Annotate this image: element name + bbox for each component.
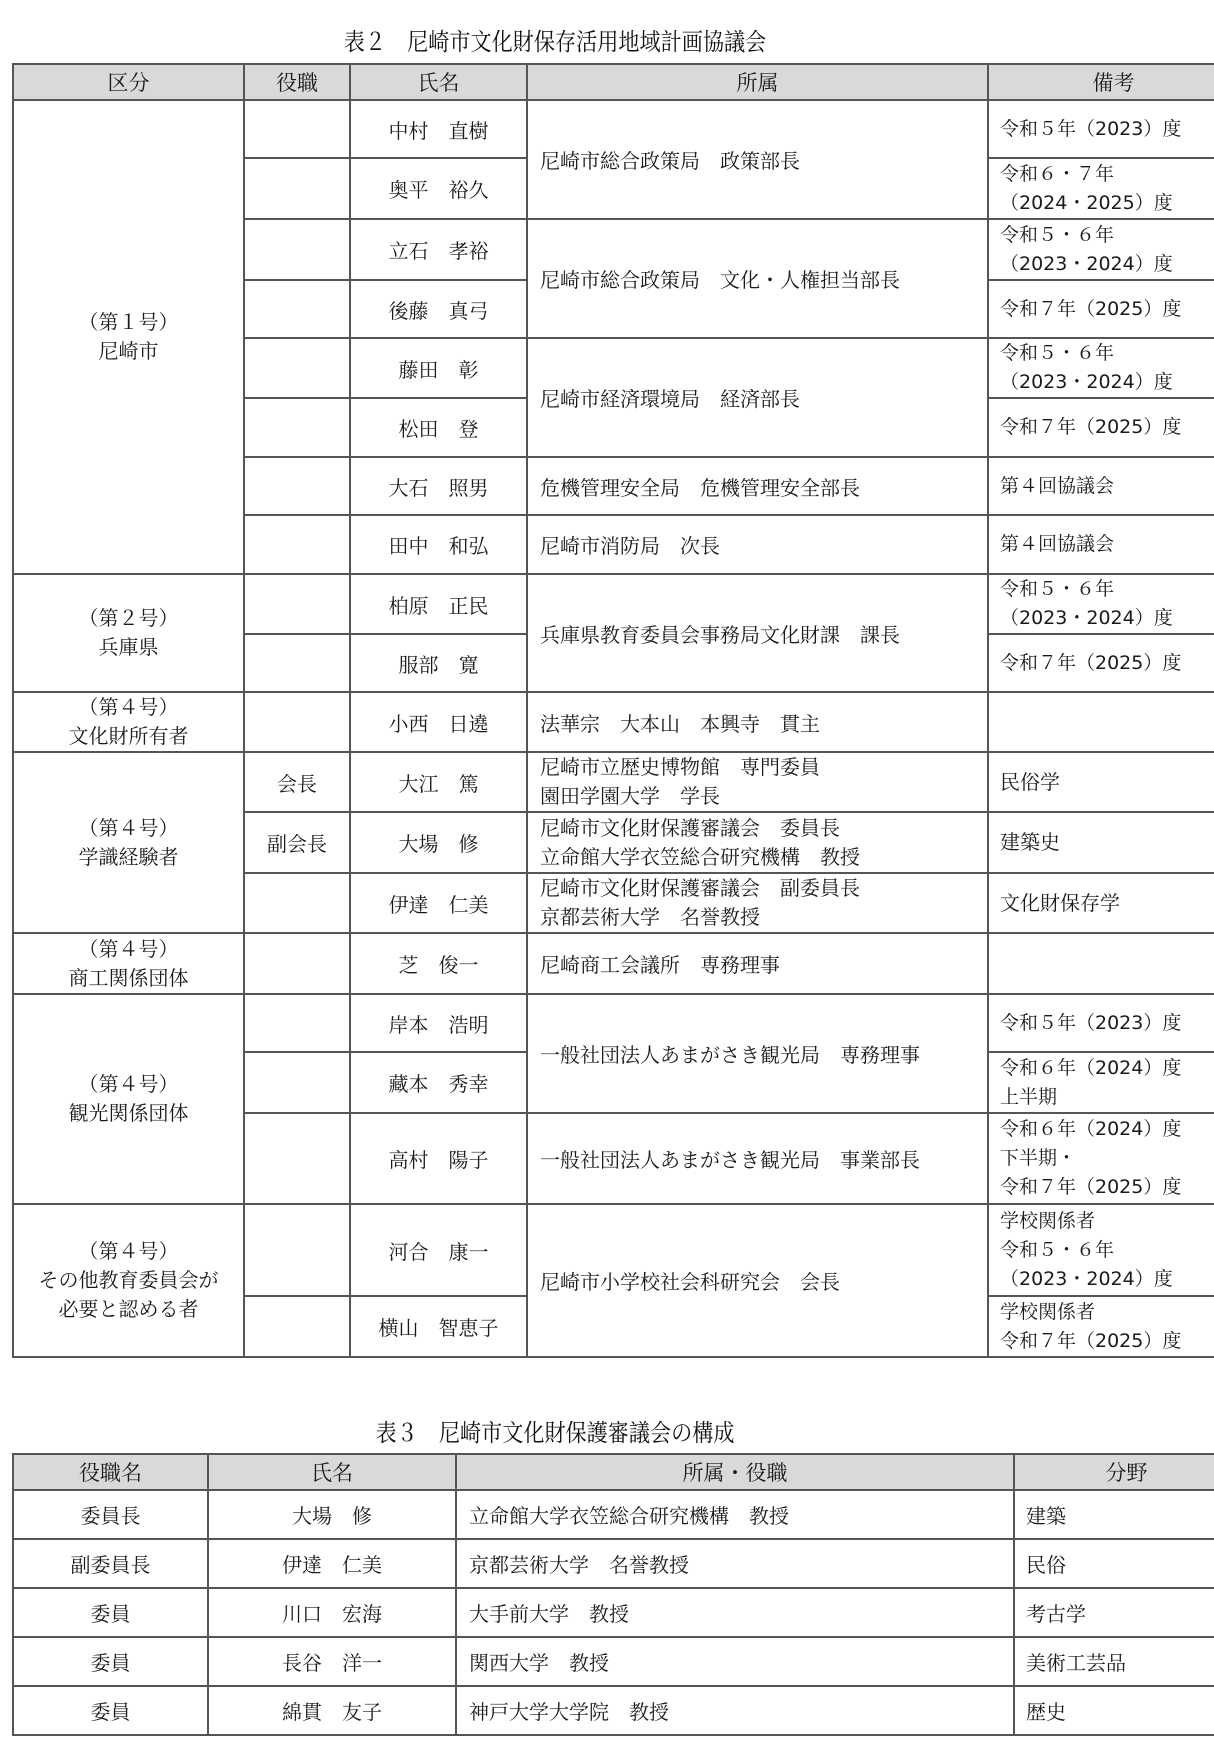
table-row: （第４号）商工関係団体 芝 俊一 尼崎商工会議所 専務理事 bbox=[13, 933, 1214, 994]
table-row: 委員長 大場 修 立命館大学衣笠総合研究機構 教授 建築 bbox=[13, 1490, 1214, 1539]
note-cell: 民俗学 bbox=[988, 752, 1214, 812]
name-cell: 藤田 彰 bbox=[350, 338, 527, 398]
text-line: （2023・2024）度 bbox=[1000, 368, 1214, 397]
name-cell: 松田 登 bbox=[350, 398, 527, 457]
text-line: 令和７年（2025）度 bbox=[1000, 413, 1214, 442]
table-row: 副委員長 伊達 仁美 京都芸術大学 名誉教授 民俗 bbox=[13, 1539, 1214, 1588]
table-header-row: 区分 役職 氏名 所属 備考 bbox=[13, 64, 1214, 100]
field-cell: 考古学 bbox=[1014, 1588, 1214, 1637]
affiliation-cell: 神戸大学大学院 教授 bbox=[456, 1686, 1014, 1735]
header-role: 役職 bbox=[244, 64, 350, 100]
role-cell: 会長 bbox=[244, 752, 350, 812]
role-cell bbox=[244, 280, 350, 338]
field-cell: 美術工芸品 bbox=[1014, 1637, 1214, 1686]
affiliation-cell: 法華宗 大本山 本興寺 貫主 bbox=[527, 692, 988, 752]
name-cell: 後藤 真弓 bbox=[350, 280, 527, 338]
note-cell: 第４回協議会 bbox=[988, 457, 1214, 515]
name-cell: 中村 直樹 bbox=[350, 100, 527, 158]
name-cell: 柏原 正民 bbox=[350, 574, 527, 634]
text-line: 尼崎市文化財保護審議会 副委員長 bbox=[540, 874, 987, 903]
category-cell: （第２号）兵庫県 bbox=[13, 574, 244, 692]
table-row: （第４号）文化財所有者 小西 日遶 法華宗 大本山 本興寺 貫主 bbox=[13, 692, 1214, 752]
text-line: （第２号） bbox=[14, 604, 243, 633]
affiliation-cell: 一般社団法人あまがさき観光局 専務理事 bbox=[527, 994, 988, 1113]
note-cell: 令和７年（2025）度 bbox=[988, 634, 1214, 692]
text-line: 令和５年（2023）度 bbox=[1000, 115, 1214, 144]
header-affiliation: 所属 bbox=[527, 64, 988, 100]
role-cell bbox=[244, 1052, 350, 1113]
name-cell: 奥平 裕久 bbox=[350, 158, 527, 219]
text-line: （第４号） bbox=[14, 693, 243, 722]
text-line: 令和７年（2025）度 bbox=[1000, 1327, 1214, 1356]
category-cell: （第４号）学識経験者 bbox=[13, 752, 244, 933]
category-cell: （第４号）商工関係団体 bbox=[13, 933, 244, 994]
affiliation-cell: 尼崎市総合政策局 政策部長 bbox=[527, 100, 988, 219]
role-cell bbox=[244, 158, 350, 219]
text-line: 観光関係団体 bbox=[14, 1099, 243, 1128]
affiliation-cell: 尼崎市立歴史博物館 専門委員園田学園大学 学長 bbox=[527, 752, 988, 812]
text-line: 学校関係者 bbox=[1000, 1298, 1214, 1327]
note-cell: 令和７年（2025）度 bbox=[988, 398, 1214, 457]
note-cell: 建築史 bbox=[988, 812, 1214, 873]
field-cell: 歴史 bbox=[1014, 1686, 1214, 1735]
text-line: 下半期・ bbox=[1000, 1144, 1214, 1173]
category-cell: （第４号）観光関係団体 bbox=[13, 994, 244, 1204]
text-line: 尼崎市立歴史博物館 専門委員 bbox=[540, 753, 987, 782]
affiliation-cell: 一般社団法人あまがさき観光局 事業部長 bbox=[527, 1113, 988, 1204]
role-cell bbox=[244, 1296, 350, 1357]
table-header-row: 役職名 氏名 所属・役職 分野 bbox=[13, 1454, 1214, 1490]
category-cell: （第４号）その他教育委員会が必要と認める者 bbox=[13, 1204, 244, 1357]
note-cell bbox=[988, 692, 1214, 752]
text-line: 上半期 bbox=[1000, 1083, 1214, 1112]
affiliation-cell: 尼崎市消防局 次長 bbox=[527, 515, 988, 574]
name-cell: 大江 篤 bbox=[350, 752, 527, 812]
text-line: 令和５・６年 bbox=[1000, 339, 1214, 368]
note-cell: 令和６年（2024）度上半期 bbox=[988, 1052, 1214, 1113]
note-cell: 令和５・６年（2023・2024）度 bbox=[988, 219, 1214, 280]
text-line: 必要と認める者 bbox=[14, 1295, 243, 1324]
category-cell: （第４号）文化財所有者 bbox=[13, 692, 244, 752]
note-cell: 令和５年（2023）度 bbox=[988, 100, 1214, 158]
table-row: 委員 長谷 洋一 関西大学 教授 美術工芸品 bbox=[13, 1637, 1214, 1686]
text-line: 学校関係者 bbox=[1000, 1207, 1214, 1236]
title-cell: 副委員長 bbox=[13, 1539, 208, 1588]
text-line: 京都芸術大学 名誉教授 bbox=[540, 903, 987, 932]
text-line: （2024・2025）度 bbox=[1000, 189, 1214, 218]
role-cell bbox=[244, 515, 350, 574]
role-cell bbox=[244, 933, 350, 994]
text-line: 園田学園大学 学長 bbox=[540, 782, 987, 811]
table-row: （第４号）観光関係団体 岸本 浩明 一般社団法人あまがさき観光局 専務理事 令和… bbox=[13, 994, 1214, 1052]
header-name: 氏名 bbox=[350, 64, 527, 100]
name-cell: 藏本 秀幸 bbox=[350, 1052, 527, 1113]
affiliation-cell: 尼崎市文化財保護審議会 副委員長京都芸術大学 名誉教授 bbox=[527, 873, 988, 933]
name-cell: 芝 俊一 bbox=[350, 933, 527, 994]
table3-caption: 表３ 尼崎市文化財保護審議会の構成 bbox=[67, 1413, 1044, 1448]
table-row: （第２号）兵庫県 柏原 正民 兵庫県教育委員会事務局文化財課 課長 令和５・６年… bbox=[13, 574, 1214, 634]
note-cell: 令和５・６年（2023・2024）度 bbox=[988, 574, 1214, 634]
text-line: 兵庫県 bbox=[14, 633, 243, 662]
title-cell: 委員 bbox=[13, 1637, 208, 1686]
affiliation-cell: 大手前大学 教授 bbox=[456, 1588, 1014, 1637]
name-cell: 河合 康一 bbox=[350, 1204, 527, 1296]
affiliation-cell: 尼崎商工会議所 専務理事 bbox=[527, 933, 988, 994]
name-cell: 服部 寛 bbox=[350, 634, 527, 692]
protection-council-table: 役職名 氏名 所属・役職 分野 委員長 大場 修 立命館大学衣笠総合研究機構 教… bbox=[12, 1453, 1214, 1736]
header-category: 区分 bbox=[13, 64, 244, 100]
text-line: 令和７年（2025）度 bbox=[1000, 649, 1214, 678]
note-cell: 令和７年（2025）度 bbox=[988, 280, 1214, 338]
affiliation-cell: 尼崎市文化財保護審議会 委員長立命館大学衣笠総合研究機構 教授 bbox=[527, 812, 988, 873]
affiliation-cell: 尼崎市経済環境局 経済部長 bbox=[527, 338, 988, 457]
table-row: 委員 綿貫 友子 神戸大学大学院 教授 歴史 bbox=[13, 1686, 1214, 1735]
affiliation-cell: 尼崎市総合政策局 文化・人権担当部長 bbox=[527, 219, 988, 338]
role-cell bbox=[244, 219, 350, 280]
table-row: （第４号）学識経験者 会長 大江 篤 尼崎市立歴史博物館 専門委員園田学園大学 … bbox=[13, 752, 1214, 812]
text-line: 学識経験者 bbox=[14, 843, 243, 872]
text-line: 令和６年（2024）度 bbox=[1000, 1115, 1214, 1144]
field-cell: 建築 bbox=[1014, 1490, 1214, 1539]
name-cell: 長谷 洋一 bbox=[208, 1637, 456, 1686]
affiliation-cell: 尼崎市小学校社会科研究会 会長 bbox=[527, 1204, 988, 1357]
text-line: 令和５・６年 bbox=[1000, 575, 1214, 604]
note-cell: 学校関係者令和７年（2025）度 bbox=[988, 1296, 1214, 1357]
text-line: （第４号） bbox=[14, 935, 243, 964]
note-cell: 令和５年（2023）度 bbox=[988, 994, 1214, 1052]
field-cell: 民俗 bbox=[1014, 1539, 1214, 1588]
text-line: 令和５・６年 bbox=[1000, 1236, 1214, 1265]
note-cell bbox=[988, 933, 1214, 994]
category-cell: （第１号）尼崎市 bbox=[13, 100, 244, 574]
role-cell bbox=[244, 398, 350, 457]
table-row: （第１号）尼崎市 中村 直樹 尼崎市総合政策局 政策部長 令和５年（2023）度 bbox=[13, 100, 1214, 158]
text-line: （第１号） bbox=[14, 308, 243, 337]
name-cell: 大場 修 bbox=[208, 1490, 456, 1539]
role-cell bbox=[244, 338, 350, 398]
name-cell: 大場 修 bbox=[350, 812, 527, 873]
note-cell: 第４回協議会 bbox=[988, 515, 1214, 574]
text-line: 文化財保存学 bbox=[1000, 889, 1214, 918]
note-cell: 令和６・７年（2024・2025）度 bbox=[988, 158, 1214, 219]
text-line: 令和５年（2023）度 bbox=[1000, 1009, 1214, 1038]
text-line: 文化財所有者 bbox=[14, 722, 243, 751]
table2-caption: 表２ 尼崎市文化財保存活用地域計画協議会 bbox=[67, 22, 1044, 57]
name-cell: 横山 智恵子 bbox=[350, 1296, 527, 1357]
text-line: （第４号） bbox=[14, 814, 243, 843]
role-cell bbox=[244, 1204, 350, 1296]
name-cell: 川口 宏海 bbox=[208, 1588, 456, 1637]
title-cell: 委員 bbox=[13, 1588, 208, 1637]
role-cell bbox=[244, 692, 350, 752]
name-cell: 田中 和弘 bbox=[350, 515, 527, 574]
name-cell: 伊達 仁美 bbox=[350, 873, 527, 933]
table-row: （第４号）その他教育委員会が必要と認める者 河合 康一 尼崎市小学校社会科研究会… bbox=[13, 1204, 1214, 1296]
text-line: 立命館大学衣笠総合研究機構 教授 bbox=[540, 843, 987, 872]
text-line: （第４号） bbox=[14, 1237, 243, 1266]
role-cell: 副会長 bbox=[244, 812, 350, 873]
table-row: 委員 川口 宏海 大手前大学 教授 考古学 bbox=[13, 1588, 1214, 1637]
text-line: 建築史 bbox=[1000, 828, 1214, 857]
note-cell: 文化財保存学 bbox=[988, 873, 1214, 933]
name-cell: 綿貫 友子 bbox=[208, 1686, 456, 1735]
note-cell: 学校関係者令和５・６年（2023・2024）度 bbox=[988, 1204, 1214, 1296]
text-line: （第４号） bbox=[14, 1070, 243, 1099]
text-line: 尼崎市文化財保護審議会 委員長 bbox=[540, 814, 987, 843]
text-line: 尼崎市 bbox=[14, 337, 243, 366]
affiliation-cell: 立命館大学衣笠総合研究機構 教授 bbox=[456, 1490, 1014, 1539]
text-line: 令和６年（2024）度 bbox=[1000, 1054, 1214, 1083]
name-cell: 大石 照男 bbox=[350, 457, 527, 515]
header-name: 氏名 bbox=[208, 1454, 456, 1490]
header-affiliation: 所属・役職 bbox=[456, 1454, 1014, 1490]
text-line: その他教育委員会が bbox=[14, 1266, 243, 1295]
role-cell bbox=[244, 457, 350, 515]
role-cell bbox=[244, 634, 350, 692]
text-line: 民俗学 bbox=[1000, 768, 1214, 797]
name-cell: 小西 日遶 bbox=[350, 692, 527, 752]
text-line: 令和５・６年 bbox=[1000, 221, 1214, 250]
text-line: （2023・2024）度 bbox=[1000, 250, 1214, 279]
name-cell: 伊達 仁美 bbox=[208, 1539, 456, 1588]
text-line: 第４回協議会 bbox=[1000, 530, 1214, 559]
role-cell bbox=[244, 100, 350, 158]
text-line: 第４回協議会 bbox=[1000, 472, 1214, 501]
role-cell bbox=[244, 574, 350, 634]
name-cell: 立石 孝裕 bbox=[350, 219, 527, 280]
note-cell: 令和６年（2024）度下半期・令和７年（2025）度 bbox=[988, 1113, 1214, 1204]
affiliation-cell: 関西大学 教授 bbox=[456, 1637, 1014, 1686]
text-line: 令和７年（2025）度 bbox=[1000, 295, 1214, 324]
note-cell: 令和５・６年（2023・2024）度 bbox=[988, 338, 1214, 398]
affiliation-cell: 京都芸術大学 名誉教授 bbox=[456, 1539, 1014, 1588]
role-cell bbox=[244, 1113, 350, 1204]
text-line: （2023・2024）度 bbox=[1000, 604, 1214, 633]
title-cell: 委員長 bbox=[13, 1490, 208, 1539]
name-cell: 高村 陽子 bbox=[350, 1113, 527, 1204]
role-cell bbox=[244, 873, 350, 933]
affiliation-cell: 兵庫県教育委員会事務局文化財課 課長 bbox=[527, 574, 988, 692]
affiliation-cell: 危機管理安全局 危機管理安全部長 bbox=[527, 457, 988, 515]
header-title: 役職名 bbox=[13, 1454, 208, 1490]
text-line: 商工関係団体 bbox=[14, 964, 243, 993]
role-cell bbox=[244, 994, 350, 1052]
text-line: 令和６・７年 bbox=[1000, 160, 1214, 189]
text-line: （2023・2024）度 bbox=[1000, 1265, 1214, 1294]
name-cell: 岸本 浩明 bbox=[350, 994, 527, 1052]
header-field: 分野 bbox=[1014, 1454, 1214, 1490]
text-line: 令和７年（2025）度 bbox=[1000, 1173, 1214, 1202]
title-cell: 委員 bbox=[13, 1686, 208, 1735]
header-note: 備考 bbox=[988, 64, 1214, 100]
council-members-table: 区分 役職 氏名 所属 備考 （第１号）尼崎市 中村 直樹 尼崎市総合政策局 政… bbox=[12, 63, 1214, 1358]
